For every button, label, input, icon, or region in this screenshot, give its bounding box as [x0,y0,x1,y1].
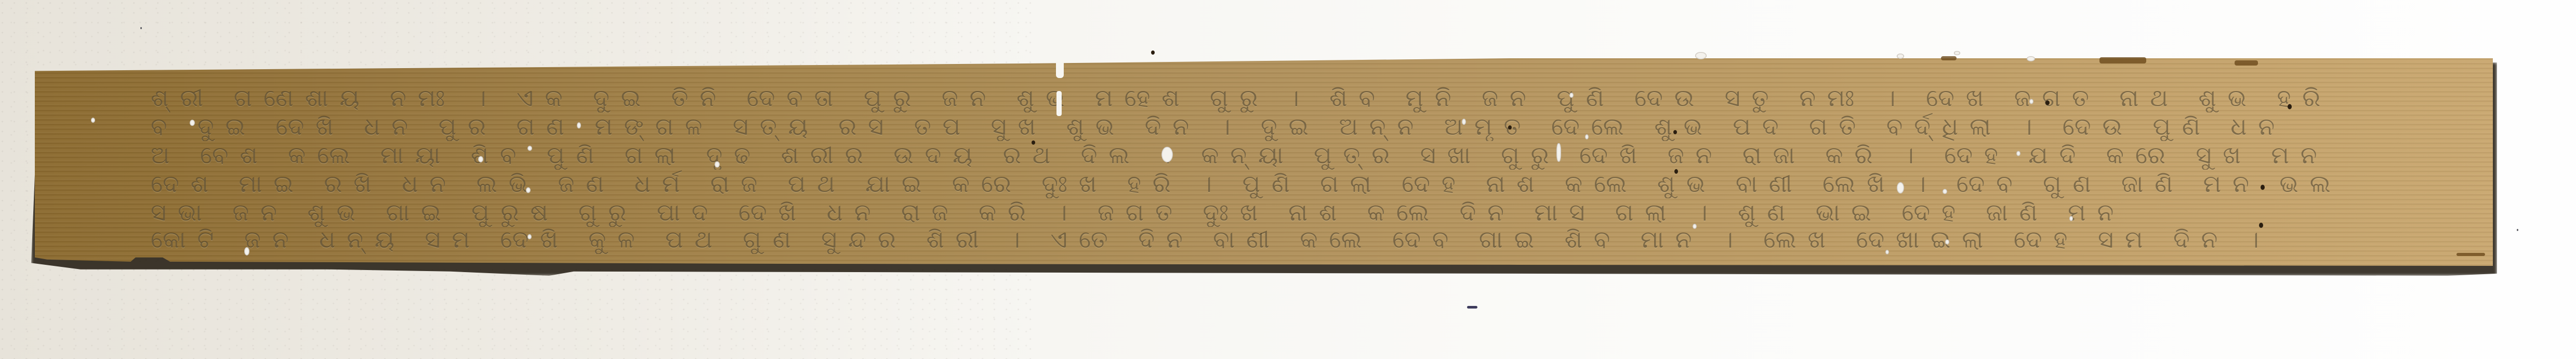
worm-hole [244,247,249,255]
worm-hole [526,187,531,193]
manuscript-line-1: ଶ୍ରୀ ଗଣେଶାୟ ନମଃ । ଏକ ଦୁଇ ତିନି ଦେବତା ପୁରୁ… [151,83,2411,112]
worm-hole [1897,54,1904,59]
edge-damage [2099,57,2146,63]
worm-hole [2288,104,2292,109]
worm-hole [1954,51,1960,55]
worm-hole [190,120,195,126]
worm-hole [91,118,95,123]
dust-speck [2517,229,2518,231]
edge-damage [1941,56,1957,60]
worm-hole [1945,239,1949,245]
manuscript-text-block: ଶ୍ରୀ ଗଣେଶାୟ ନମଃ । ଏକ ଦୁଇ ତିନି ଦେବତା ପୁରୁ… [151,83,2411,255]
worm-hole [715,161,720,168]
worm-hole [577,122,581,129]
worm-hole [2261,185,2265,190]
worm-hole [478,156,483,162]
edge-damage [2456,253,2485,256]
worm-hole [527,234,532,239]
manuscript-line-2: ବ ଦୁଇ ଦେଖି ଧନ ପୁର ଗଣ ମଙ୍ଗଳ ସତ୍ୟ ରସ ତପ ସୁ… [151,112,2411,141]
manuscript-line-3: ଅ ବେଶ କଲେ ମାୟା ଶିବ ପୁଣି ଗଲା ଦୃଢ ଶରୀର ଉଦୟ… [151,140,2411,170]
worm-hole [1673,130,1677,134]
worm-hole [1462,119,1466,125]
worm-hole [1943,189,1947,194]
worm-hole [1508,125,1512,130]
worm-hole [1897,182,1904,194]
binding-notch [1056,52,1064,78]
worm-hole [2069,216,2073,221]
worm-hole [1032,140,1035,145]
worm-hole [2016,151,2020,156]
worm-hole [2045,100,2050,105]
worm-hole [1693,224,1697,229]
worm-hole [2027,56,2035,61]
dust-speck [140,27,142,29]
worm-hole [1885,250,1889,254]
worm-hole [1674,169,1678,174]
worm-hole [1695,52,1707,59]
binding-slit [1056,91,1062,116]
worm-hole [1556,143,1561,162]
worm-hole [2029,99,2033,104]
manuscript-line-5: ସଭା ଜନ ଶୁଭ ଗାଇ ପୁରୁଷ ଗୁରୁ ପାଦ ଦେଖି ଧନ ରା… [151,198,2411,227]
worm-hole [1151,50,1155,55]
worm-hole [1161,147,1173,162]
edge-damage [2235,60,2258,66]
manuscript-line-4: ଦେଶ ମାଇ ରଖି ଧନ ଲଭି ଜଣ ଧର୍ମ ରାଜ ପଥ ଯାଇ କର… [151,169,2411,198]
worm-hole [2259,223,2263,228]
worm-hole [527,146,532,151]
stray-ink-mark [1467,306,1477,309]
worm-hole [1569,93,1574,98]
worm-hole [1585,134,1589,139]
manuscript-line-6: କୋଟି ଜନ ଧନ୍ୟ ସମ ଦେଖି କୁଳ ପଥ ଗୁଣ ସୁନ୍ଦର ଶ… [151,225,2411,254]
